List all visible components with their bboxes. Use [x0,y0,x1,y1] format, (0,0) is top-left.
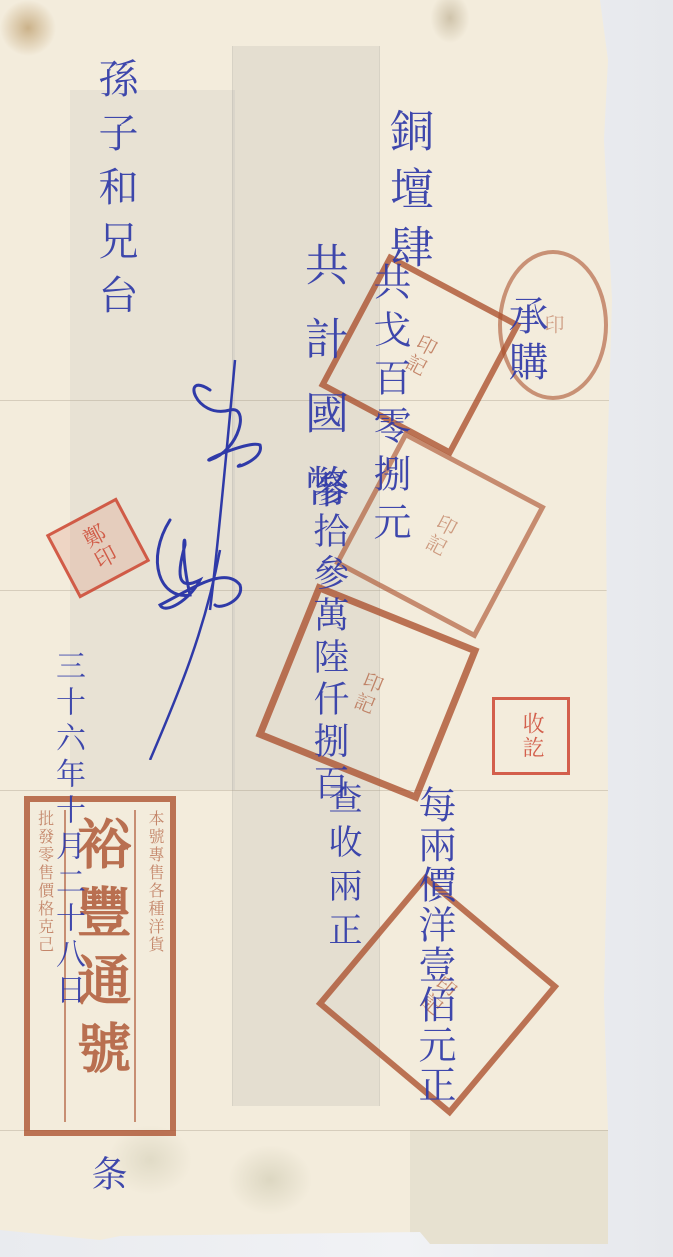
recipient-name: 孫子和兄台 [95,58,135,328]
date-line: 三十六年十月二十八日 [52,650,82,1010]
shop-seal-border-left: 本號專售各種洋貨 [146,810,164,1122]
line-amount-1: 共戈百零捌元 [370,262,408,550]
shop-seal-large: 批發零售價格克己 裕豐通號 本號專售各種洋貨 [24,796,176,1136]
bottom-mark: 条 [88,1155,124,1195]
line-weight: 查收兩正 [325,780,359,956]
fold-line [0,790,612,791]
small-red-seal-right: 收訖 [492,697,570,775]
received-mark: 承購 [505,295,545,387]
line-amount-2: 參拾參萬陸仟捌百 [310,470,346,806]
tape-strip-bottom [410,1130,608,1244]
line-unit-price: 每兩價洋壹佰元正 [415,785,453,1105]
shop-name: 銅壇肆 [385,108,429,282]
signature-scrawl [140,350,280,760]
